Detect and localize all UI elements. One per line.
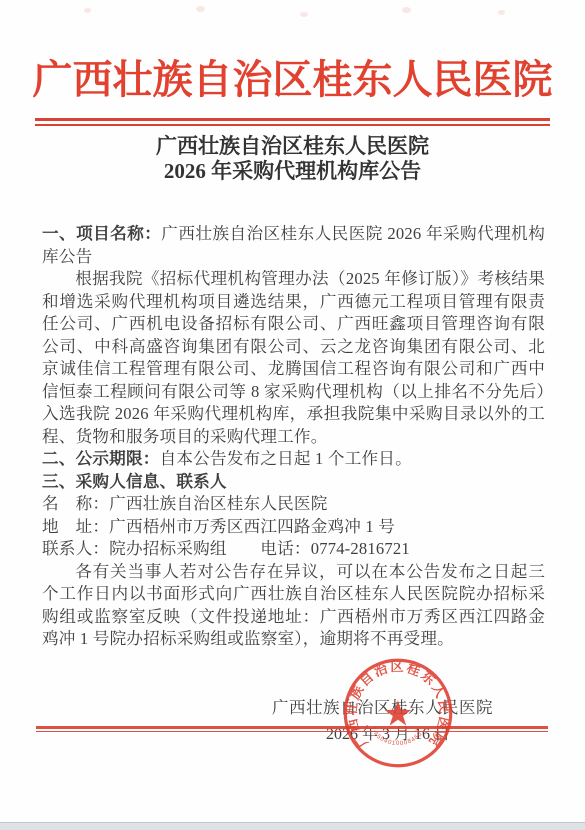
purchaser-address-line: 地 址：广西梧州市万秀区西江四路金鸡冲 1 号: [42, 516, 545, 539]
scan-speckle: [300, 12, 308, 17]
section-publicity-period-text: 自本公告发布之日起 1 个工作日。: [160, 449, 412, 468]
paragraph-selection-result: 根据我院《招标代理机构管理办法（2025 年修订版）》考核结果和增选采购代理机构…: [42, 268, 545, 448]
section-publicity-period: 二、公示期限：自本公告发布之日起 1 个工作日。: [42, 448, 545, 471]
scan-speckle: [498, 10, 505, 15]
scan-speckle: [84, 8, 91, 13]
masthead-rule-top: [35, 118, 550, 121]
masthead-rule-bottom: [35, 124, 550, 126]
announcement-title-line1: 广西壮族自治区桂东人民医院: [0, 134, 585, 159]
document-page: 广西壮族自治区桂东人民医院 广西壮族自治区桂东人民医院 2026 年采购代理机构…: [0, 0, 585, 830]
overlay-rule-top: [36, 726, 548, 729]
section-publicity-period-label: 二、公示期限：: [42, 449, 160, 468]
section-purchaser-info: 三、采购人信息、联系人: [42, 471, 545, 494]
announcement-title-line2: 2026 年采购代理机构库公告: [0, 159, 585, 184]
announcement-title: 广西壮族自治区桂东人民医院 2026 年采购代理机构库公告: [0, 134, 585, 183]
scan-bottom-edge: [0, 822, 585, 830]
purchaser-contact-line: 联系人：院办招标采购组 电话：0774-2816721: [42, 538, 545, 561]
official-seal: 广西壮族自治区桂东人民医院 ★ 4504010008450: [341, 656, 455, 770]
announcement-body: 一、项目名称：广西壮族自治区桂东人民医院 2026 年采购代理机构库公告 根据我…: [42, 223, 545, 651]
paragraph-objection: 各有关当事人若对公告存在异议，可以在本公告发布之日起三个工作日内以书面形式向广西…: [42, 561, 545, 651]
overlay-rule-bottom: [36, 731, 548, 733]
scan-speckle: [402, 7, 411, 13]
purchaser-name-line: 名 称：广西壮族自治区桂东人民医院: [42, 493, 545, 516]
section-project-name: 一、项目名称：广西壮族自治区桂东人民医院 2026 年采购代理机构库公告: [42, 223, 545, 268]
section-project-name-label: 一、项目名称：: [42, 224, 161, 243]
hospital-masthead: 广西壮族自治区桂东人民医院: [0, 55, 585, 105]
seal-star-icon: ★: [382, 694, 414, 733]
scan-speckle: [196, 6, 205, 12]
section-purchaser-info-label: 三、采购人信息、联系人: [42, 472, 227, 491]
